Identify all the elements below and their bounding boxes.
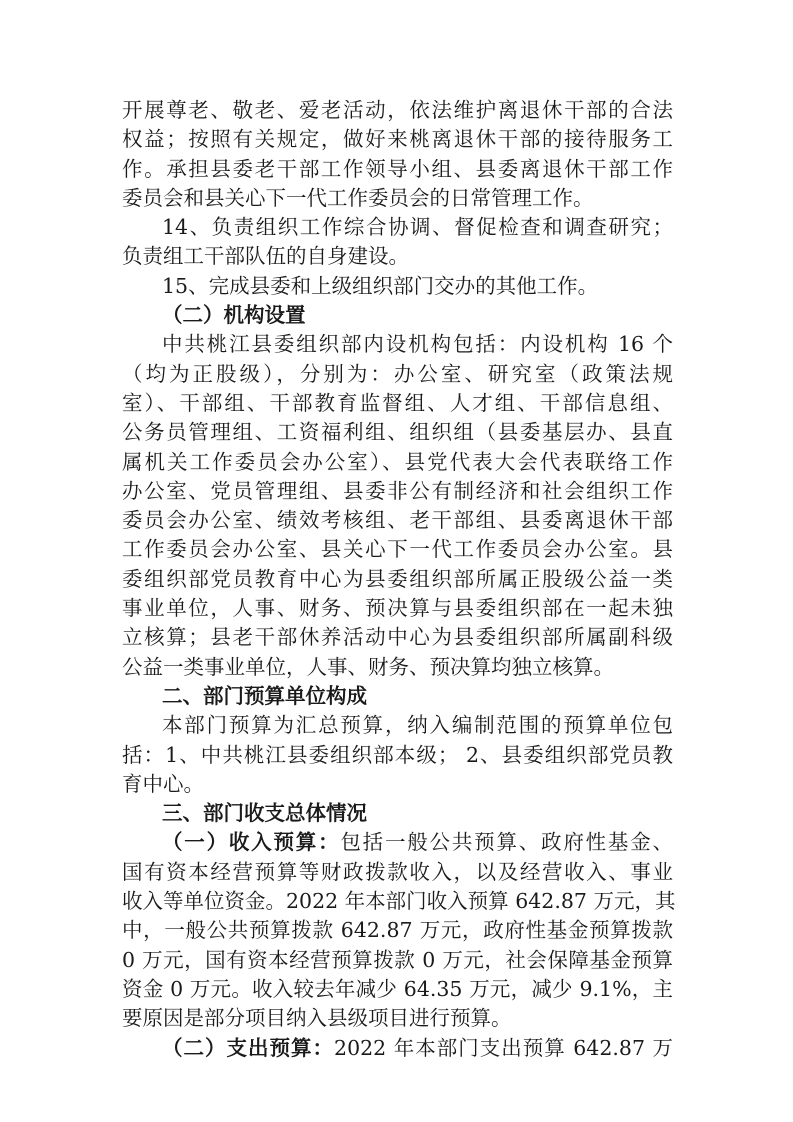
expense-line-first: （二）支出预算：2022 年本部门支出预算 642.87 万 [122, 1034, 673, 1063]
org-setup-line: 工作委员会办公室、县关心下一代工作委员会办公室。县 [122, 535, 673, 564]
org-setup-line: 公务员管理组、工资福利组、组织组（县委基层办、县直 [122, 418, 673, 447]
section-heading-overall: 三、部门收支总体情况 [122, 799, 673, 828]
section-heading-budget-units: 二、部门预算单位构成 [122, 682, 673, 711]
paragraph-line: 作。承担县委老干部工作领导小组、县委离退休干部工作 [122, 155, 673, 184]
income-line: 要原因是部分项目纳入县级项目进行预算。 [122, 1004, 673, 1033]
income-line: 0 万元，国有资本经营预算拨款 0 万元，社会保障基金预算 [122, 946, 673, 975]
expense-text: 2022 年本部门支出预算 642.87 万 [334, 1036, 673, 1060]
org-setup-line: 事业单位，人事、财务、预决算与县委组织部在一起未独 [122, 594, 673, 623]
duty-14-line: 14、负责组织工作综合协调、督促检查和调查研究； [122, 213, 673, 242]
org-setup-line: 立核算；县老干部休养活动中心为县委组织部所属副科级 [122, 623, 673, 652]
org-setup-line: （均为正股级），分别为：办公室、研究室（政策法规 [122, 360, 673, 389]
org-setup-line: 属机关工作委员会办公室）、县党代表大会代表联络工作 [122, 448, 673, 477]
section-heading-org-setup: （二）机构设置 [122, 301, 673, 330]
income-lead-label: （一）收入预算： [162, 830, 340, 854]
income-line: 中，一般公共预算拨款 642.87 万元，政府性基金预算拨款 [122, 916, 673, 945]
org-setup-line: 办公室、党员管理组、县委非公有制经济和社会组织工作 [122, 477, 673, 506]
paragraph-line: 开展尊老、敬老、爱老活动，依法维护离退休干部的合法 [122, 96, 673, 125]
budget-units-line: 括：1、中共桃江县委组织部本级； 2、县委组织部党员教 [122, 741, 673, 770]
paragraph-line: 委员会和县关心下一代工作委员会的日常管理工作。 [122, 184, 673, 213]
budget-units-line: 育中心。 [122, 770, 673, 799]
income-line: 资金 0 万元。收入较去年减少 64.35 万元，减少 9.1%，主 [122, 975, 673, 1004]
org-setup-line: 中共桃江县委组织部内设机构包括：内设机构 16 个 [122, 330, 673, 359]
budget-units-line: 本部门预算为汇总预算，纳入编制范围的预算单位包 [122, 711, 673, 740]
income-line-first: （一）收入预算：包括一般公共预算、政府性基金、 [122, 828, 673, 857]
org-setup-line: 公益一类事业单位，人事、财务、预决算均独立核算。 [122, 653, 673, 682]
duty-15-line: 15、完成县委和上级组织部门交办的其他工作。 [122, 272, 673, 301]
income-line: 收入等单位资金。2022 年本部门收入预算 642.87 万元，其 [122, 887, 673, 916]
income-text: 包括一般公共预算、政府性基金、 [340, 830, 673, 854]
document-page: 开展尊老、敬老、爱老活动，依法维护离退休干部的合法 权益；按照有关规定，做好来桃… [122, 96, 673, 1063]
org-setup-line: 委组织部党员教育中心为县委组织部所属正股级公益一类 [122, 565, 673, 594]
duty-14-line: 负责组工干部队伍的自身建设。 [122, 242, 673, 271]
income-line: 国有资本经营预算等财政拨款收入，以及经营收入、事业 [122, 858, 673, 887]
org-setup-line: 委员会办公室、绩效考核组、老干部组、县委离退休干部 [122, 506, 673, 535]
expense-lead-label: （二）支出预算： [162, 1036, 334, 1060]
paragraph-line: 权益；按照有关规定，做好来桃离退休干部的接待服务工 [122, 125, 673, 154]
org-setup-line: 室）、干部组、干部教育监督组、人才组、干部信息组、 [122, 389, 673, 418]
